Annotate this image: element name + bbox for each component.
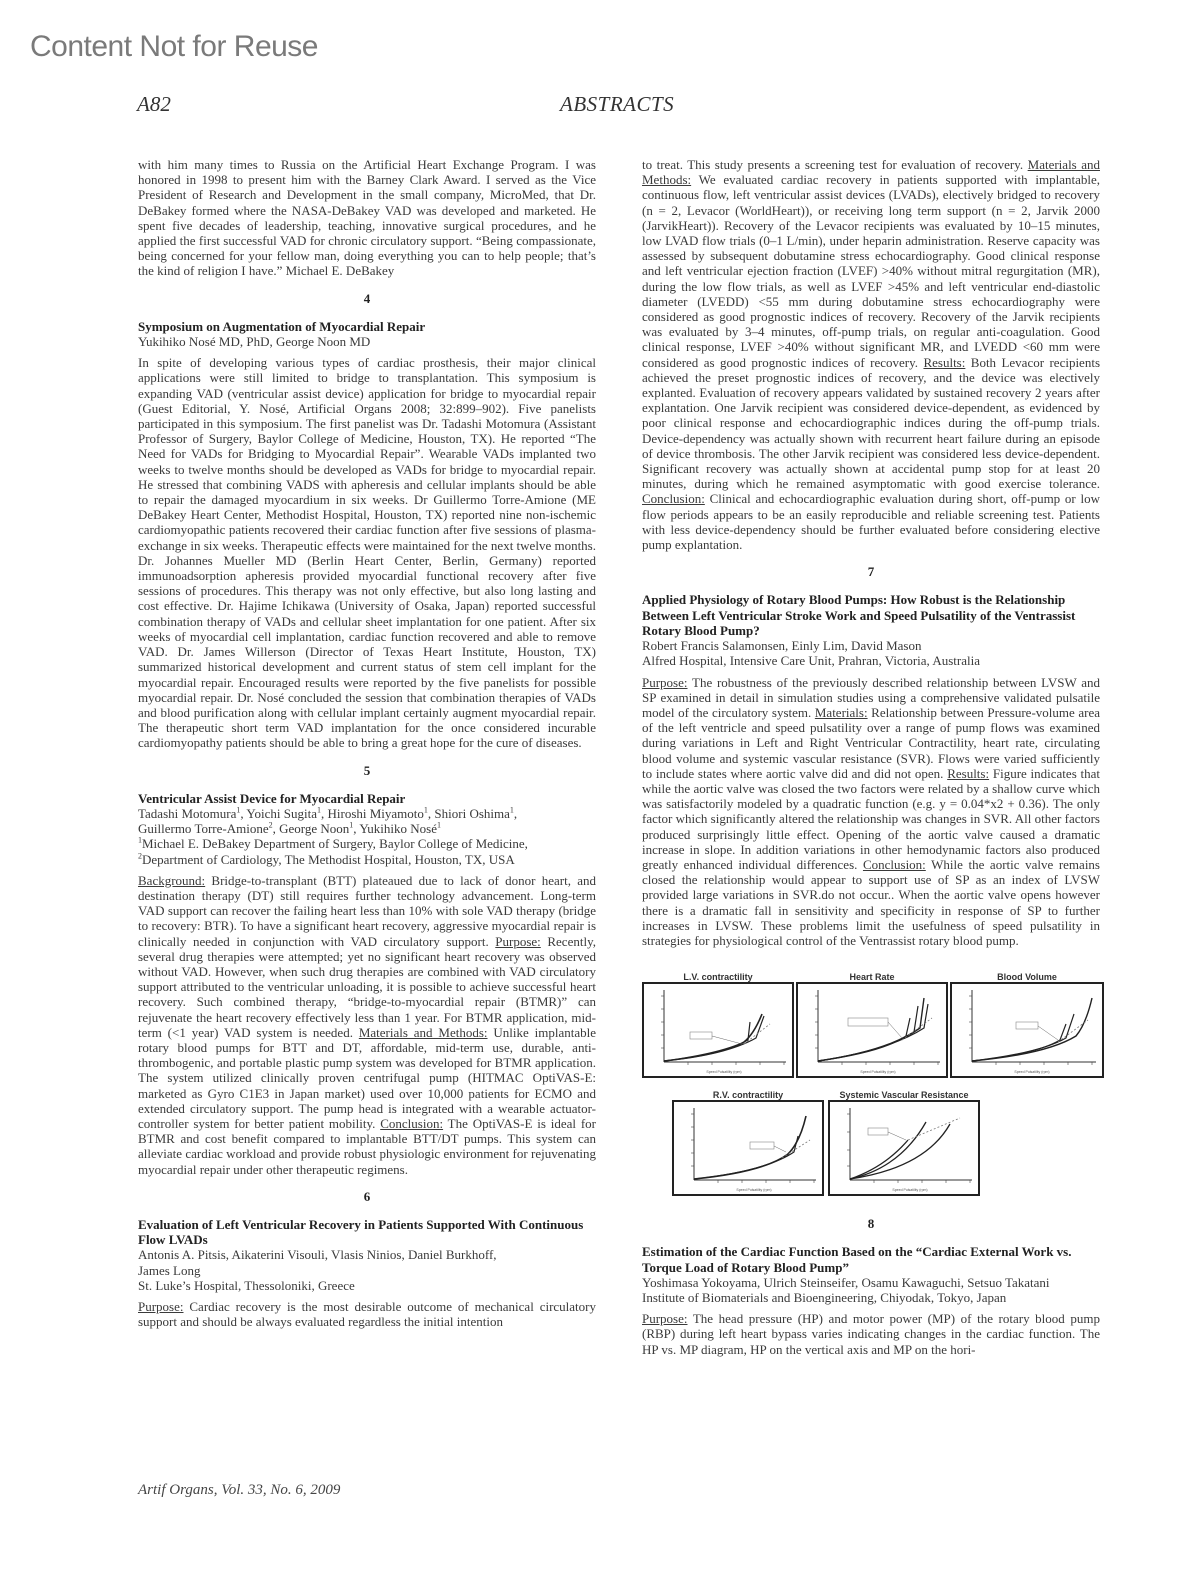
line-plot: Speed Pulsatility (rpm) [644,984,792,1076]
abstract-affiliation: Alfred Hospital, Intensive Care Unit, Pr… [642,653,1100,668]
section-title: ABSTRACTS [560,92,674,117]
abstract-number: 8 [642,1216,1100,1231]
line-plot: Speed Pulsatility (rpm) [674,1102,822,1194]
abstract-title: Applied Physiology of Rotary Blood Pumps… [642,592,1100,638]
chart-title: R.V. contractility [672,1088,824,1100]
abstract-title: Estimation of the Cardiac Function Based… [642,1244,1100,1274]
abstract-5: 5 Ventricular Assist Device for Myocardi… [138,763,596,1177]
continuation-paragraph: with him many times to Russia on the Art… [138,157,596,279]
page-number: A82 [137,92,171,117]
abstract-number: 5 [138,763,596,778]
left-column: with him many times to Russia on the Art… [138,157,596,1329]
abstract-number: 4 [138,291,596,306]
svg-text:Speed Pulsatility (rpm): Speed Pulsatility (rpm) [892,1188,927,1192]
abstract-authors: Robert Francis Salamonsen, Einly Lim, Da… [642,638,1100,653]
abstract-affiliation: Institute of Biomaterials and Bioenginee… [642,1290,1100,1305]
abstract-6-continuation: to treat. This study presents a screenin… [642,157,1100,552]
abstract-number: 7 [642,564,1100,579]
abstract-affiliations: 1Michael E. DeBakey Department of Surger… [138,836,596,866]
svg-text:Speed Pulsatility (rpm): Speed Pulsatility (rpm) [1014,1070,1049,1074]
abstract-title: Ventricular Assist Device for Myocardial… [138,791,596,806]
abstract-title: Symposium on Augmentation of Myocardial … [138,319,596,334]
line-plot: Speed Pulsatility (rpm) [830,1102,978,1194]
abstract-title: Evaluation of Left Ventricular Recovery … [138,1217,596,1247]
chart-title: Heart Rate [796,970,948,982]
abstract-7: 7 Applied Physiology of Rotary Blood Pum… [642,564,1100,1204]
chart-lv-contractility: L.V. contractility [642,970,794,1078]
abstract-body: Purpose: The head pressure (HP) and moto… [642,1311,1100,1357]
svg-text:Speed Pulsatility (rpm): Speed Pulsatility (rpm) [860,1070,895,1074]
watermark: Content Not for Reuse [30,30,318,64]
abstract-8: 8 Estimation of the Cardiac Function Bas… [642,1216,1100,1357]
svg-text:Speed Pulsatility (rpm): Speed Pulsatility (rpm) [706,1070,741,1074]
abstract-authors: Antonis A. Pitsis, Aikaterini Visouli, V… [138,1247,596,1277]
right-column: to treat. This study presents a screenin… [642,157,1100,1357]
chart-blood-volume: Blood Volume [950,970,1104,1078]
line-plot: Speed Pulsatility (rpm) [952,984,1102,1076]
abstract-body: In spite of developing various types of … [138,355,596,750]
abstract-body: Purpose: The robustness of the previousl… [642,675,1100,949]
svg-text:Speed Pulsatility (rpm): Speed Pulsatility (rpm) [736,1188,771,1192]
abstract-authors: Yukihiko Nosé MD, PhD, George Noon MD [138,334,596,349]
abstract-authors: Tadashi Motomura1, Yoichi Sugita1, Hiros… [138,806,596,836]
abstract-number: 6 [138,1189,596,1204]
chart-title: Systemic Vascular Resistance [828,1088,980,1100]
chart-systemic-vascular-resistance: Systemic Vascular Resistance [828,1088,980,1196]
line-plot: Speed Pulsatility (rpm) [798,984,946,1076]
chart-title: Blood Volume [950,970,1104,982]
chart-heart-rate: Heart Rate [796,970,948,1078]
abstract-6: 6 Evaluation of Left Ventricular Recover… [138,1189,596,1330]
abstract-4: 4 Symposium on Augmentation of Myocardia… [138,291,596,751]
abstract-authors: Yoshimasa Yokoyama, Ulrich Steinseifer, … [642,1275,1100,1290]
abstract-body: Background: Bridge-to-transplant (BTT) p… [138,873,596,1177]
chart-rv-contractility: R.V. contractility Sp [672,1088,824,1196]
abstract-body: Purpose: Cardiac recovery is the most de… [138,1299,596,1329]
figure-pv-area-vs-speed-pulsatility: L.V. contractility [642,970,1104,1204]
journal-footer: Artif Organs, Vol. 33, No. 6, 2009 [138,1482,340,1499]
chart-title: L.V. contractility [642,970,794,982]
abstract-affiliation: St. Luke’s Hospital, Thessoloniki, Greec… [138,1278,596,1293]
